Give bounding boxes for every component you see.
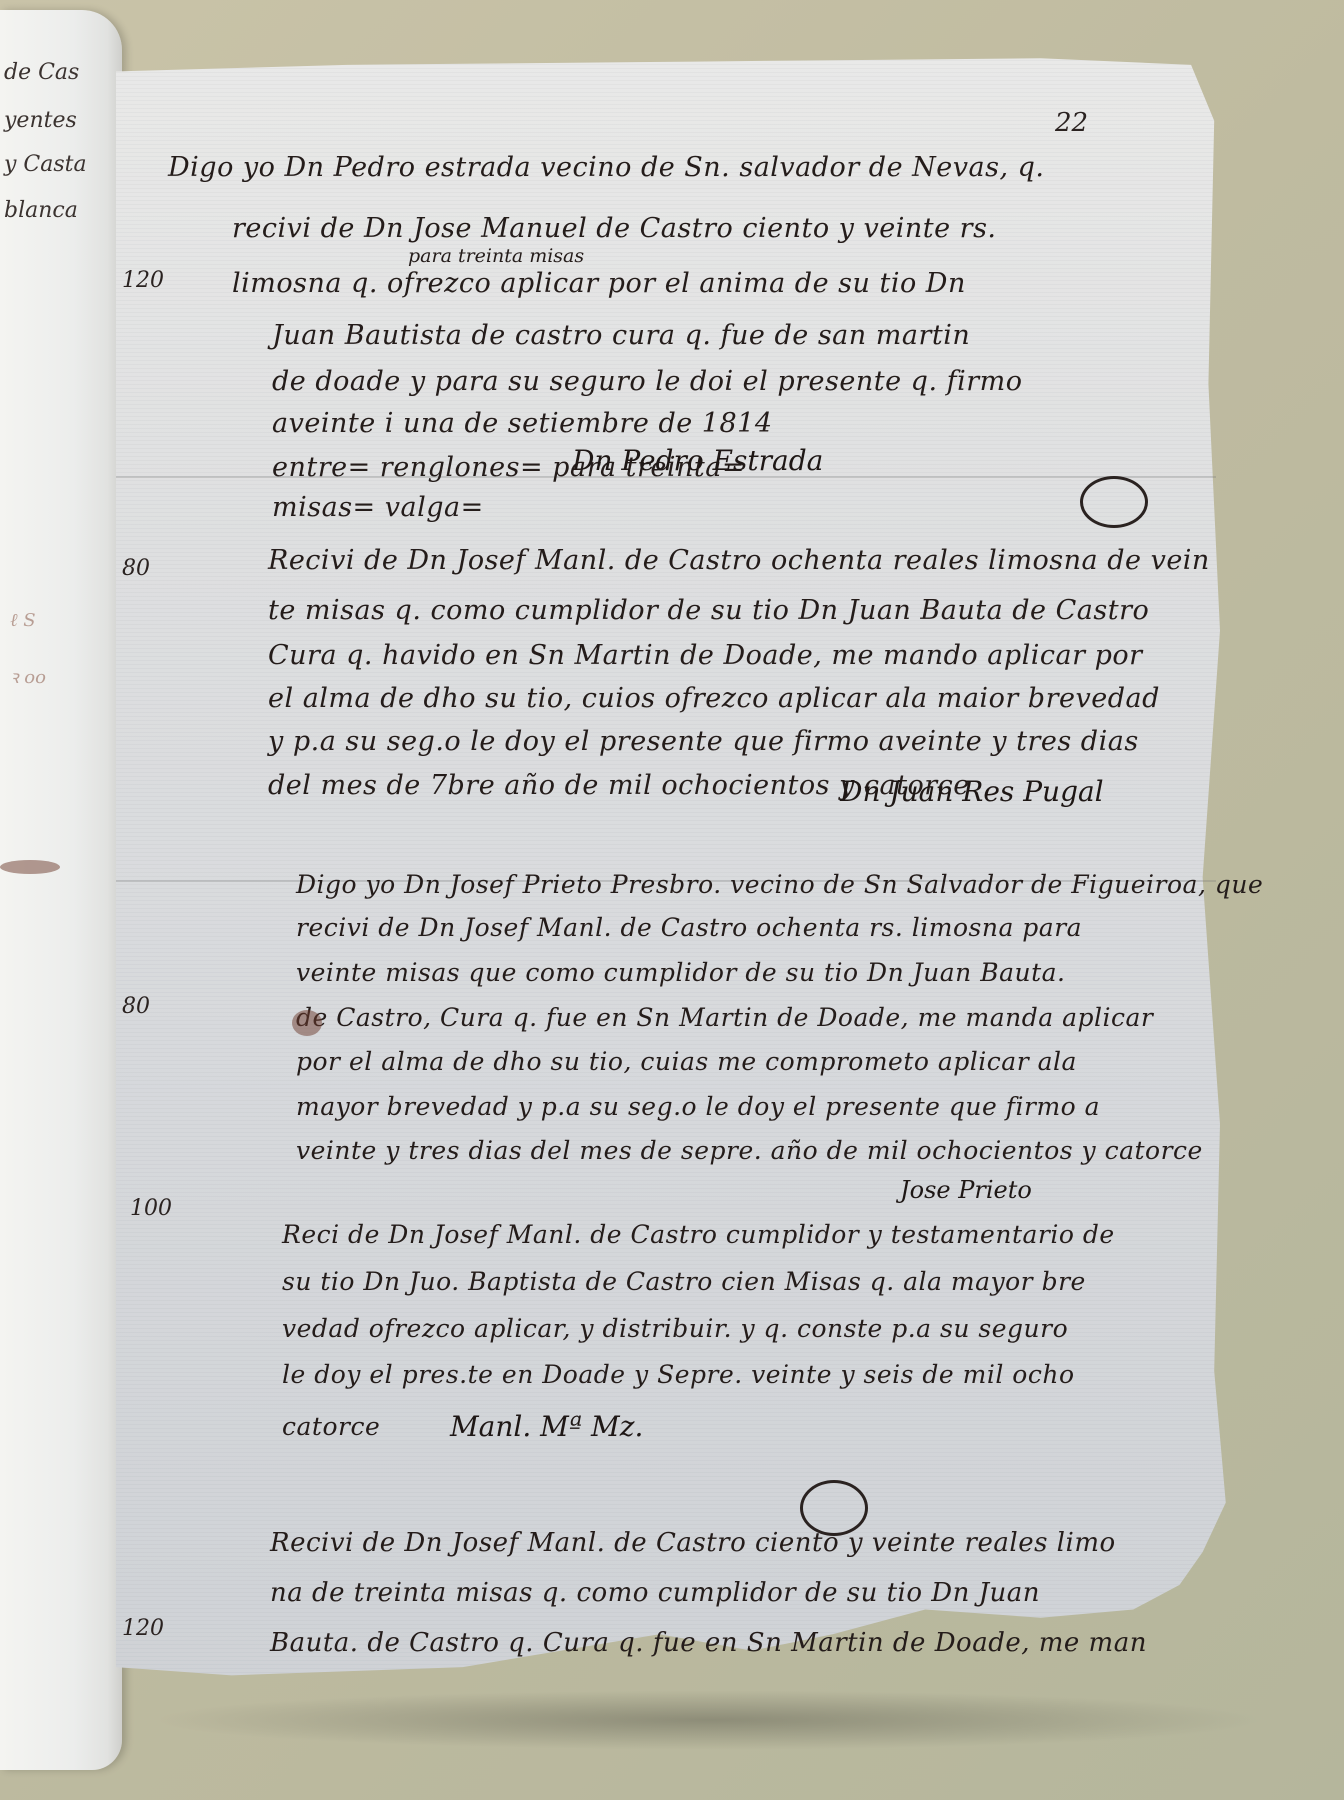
left-page-edge: de Cas yentes y Casta blanca ℓ S ꝛ oo — [0, 10, 122, 1770]
entry-2-line: y p.a su seg.o le doy el presente que fi… — [268, 726, 1139, 757]
entry-1-line: de doade y para su seguro le doi el pres… — [272, 366, 1023, 397]
margin-amount: 80 — [122, 556, 150, 581]
entry-3-line: de Castro, Cura q. fue en Sn Martin de D… — [296, 1003, 1153, 1032]
left-page-fragment: yentes — [4, 108, 77, 133]
entry-3-line: por el alma de dho su tio, cuias me comp… — [296, 1047, 1077, 1076]
entry-4-line: le doy el pres.te en Doade y Sepre. vein… — [282, 1360, 1075, 1389]
page-shadow — [150, 1690, 1270, 1750]
entry-5-line: na de treinta misas q. como cumplidor de… — [270, 1578, 1040, 1608]
entry-5-line: Bauta. de Castro q. Cura q. fue en Sn Ma… — [270, 1628, 1147, 1658]
entry-4-line: catorce — [282, 1412, 380, 1441]
entry-3-line: recivi de Dn Josef Manl. de Castro ochen… — [296, 913, 1082, 942]
left-page-fragment: de Cas — [4, 60, 79, 85]
entry-1-signature: Dn Pedro Estrada — [572, 444, 823, 477]
entry-1-line: Digo yo Dn Pedro estrada vecino de Sn. s… — [168, 152, 1045, 183]
entry-3-line: Digo yo Dn Josef Prieto Presbro. vecino … — [296, 870, 1263, 899]
margin-amount: 120 — [122, 1616, 164, 1641]
entry-4-line: vedad ofrezco aplicar, y distribuir. y q… — [282, 1314, 1068, 1343]
entry-3-line: veinte y tres dias del mes de sepre. año… — [296, 1136, 1203, 1165]
entry-2-line: te misas q. como cumplidor de su tio Dn … — [268, 595, 1149, 626]
entry-1-line: Juan Bautista de castro cura q. fue de s… — [272, 320, 970, 351]
ink-stain — [292, 1010, 322, 1036]
margin-amount: 120 — [122, 268, 164, 293]
bleed-through-ink: ℓ S — [10, 610, 36, 631]
entry-3-line: veinte misas que como cumplidor de su ti… — [296, 958, 1065, 987]
entry-1-line: misas= valga= — [272, 492, 484, 523]
bleed-through-ink: ꝛ oo — [10, 665, 46, 689]
entry-5-line: Recivi de Dn Josef Manl. de Castro cient… — [270, 1528, 1116, 1558]
entry-1-interlinear: para treinta misas — [408, 245, 584, 267]
entry-3-line: mayor brevedad y p.a su seg.o le doy el … — [296, 1092, 1100, 1121]
left-page-fragment: y Casta — [4, 152, 87, 177]
rubric-flourish — [1080, 476, 1148, 528]
entry-4-line: Reci de Dn Josef Manl. de Castro cumplid… — [282, 1220, 1115, 1249]
entry-2-line: Recivi de Dn Josef Manl. de Castro ochen… — [268, 545, 1210, 576]
folio-number: 22 — [1055, 108, 1088, 138]
entry-4-signature: Manl. Mª Mz. — [450, 1410, 643, 1443]
entry-3-signature: Jose Prieto — [900, 1176, 1032, 1204]
entry-2-signature: Dn Juan Res Pugal — [840, 775, 1104, 808]
entry-1-line: aveinte i una de setiembre de 1814 — [272, 408, 773, 439]
left-page-fragment: blanca — [4, 198, 78, 223]
entry-2-line: Cura q. havido en Sn Martin de Doade, me… — [268, 640, 1143, 671]
margin-amount: 80 — [122, 994, 150, 1019]
entry-1-line: recivi de Dn Jose Manuel de Castro cient… — [232, 213, 997, 244]
margin-amount: 100 — [130, 1196, 172, 1221]
entry-1-line: limosna q. ofrezco aplicar por el anima … — [232, 268, 966, 299]
ink-stain — [0, 860, 60, 874]
entry-2-line: el alma de dho su tio, cuios ofrezco apl… — [268, 683, 1160, 714]
entry-4-line: su tio Dn Juo. Baptista de Castro cien M… — [282, 1267, 1086, 1296]
